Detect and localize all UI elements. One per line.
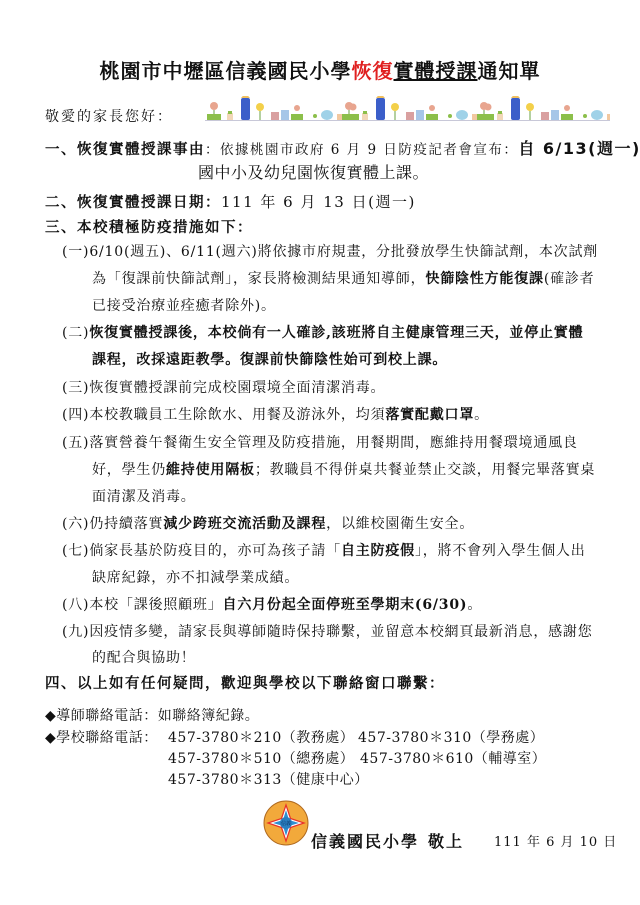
section-1-heading: 一、恢復實體授課事由 (45, 141, 205, 158)
section-1-body: 依據桃園市政府 6 月 9 日防疫記者會宣布： (220, 142, 518, 158)
title-underlined: 實體授課 (394, 59, 478, 83)
phone-academic: 457-3780＊210（教務處） (168, 727, 354, 747)
issue-date: 111 年 6 月 10 日 (494, 831, 617, 850)
measure-1-emph: 快篩陰性方能復課 (425, 271, 543, 287)
title-prefix: 桃園市中壢區信義國民小學 (100, 59, 352, 83)
phone-student-affairs: 457-3780＊310（學務處） (358, 727, 544, 747)
measure-5-line2: 好，學生仍維持使用隔板；教職員不得併桌共餐並禁止交談，用餐完畢落實桌 (92, 459, 595, 479)
school-name: 信義國民小學 (311, 829, 419, 852)
measure-4: (四)本校教職員工生除飲水、用餐及游泳外，均須落實配戴口罩。 (62, 404, 489, 424)
title-suffix: 通知單 (478, 59, 541, 83)
page-title: 桃園市中壢區信義國民小學恢復實體授課通知單 (0, 55, 640, 84)
school-emblem-icon: 信義 (263, 800, 309, 846)
flower-pencil-border-icon (205, 96, 610, 124)
measure-9-line2: 的配合與協助！ (92, 647, 196, 667)
teacher-contact: ◆導師聯絡電話：如聯絡簿紀錄。 (45, 705, 259, 725)
section-3-heading: 三、本校積極防疫措施如下： (45, 216, 253, 237)
diamond-bullet-icon: ◆ (45, 708, 56, 724)
title-highlight: 恢復 (352, 59, 394, 83)
phone-general-affairs: 457-3780＊510（總務處） (168, 748, 354, 768)
measure-1-line1: (一)6/10(週五)、6/11(週六)將依據市府規畫，分批發放學生快篩試劑，本… (62, 241, 598, 261)
section-2-value: 111 年 6 月 13 日(週一) (221, 193, 416, 211)
closing: 敬上 (428, 829, 464, 852)
measure-2-line2: 課程，改採遠距教學。復課前快篩陰性始可到校上課。 (92, 349, 447, 369)
section-1-line2: 國中小及幼兒園恢復實體上課。 (198, 160, 429, 183)
phone-counseling: 457-3780＊610（輔導室） (360, 748, 546, 768)
section-1-emph: 自 6/13(週一)高 (518, 139, 640, 158)
measure-5-line1: (五)落實營養午餐衛生安全管理及防疫措施，用餐期間，應維持用餐環境通風良 (62, 432, 578, 452)
section-1: 一、恢復實體授課事由：依據桃園市政府 6 月 9 日防疫記者會宣布：自 6/13… (45, 136, 640, 159)
section-4-heading: 四、以上如有任何疑問，歡迎與學校以下聯絡窗口聯繫： (45, 672, 445, 693)
measure-7-line2: 缺席紀錄，亦不扣減學業成績。 (92, 567, 299, 587)
measure-2-line1: (二)恢復實體授課後，本校倘有一人確診,該班將自主健康管理三天，並停止實體 (62, 322, 583, 342)
greeting: 敬愛的家長您好： (45, 106, 173, 126)
measure-7-line1: (七)倘家長基於防疫目的，亦可為孩子請「自主防疫假」，將不會列入學生個人出 (62, 540, 586, 560)
svg-text:信義: 信義 (281, 820, 291, 827)
school-contact: ◆學校聯絡電話： (45, 727, 158, 747)
section-2: 二、恢復實體授課日期：111 年 6 月 13 日(週一) (45, 191, 416, 212)
measure-1-line3: 已接受治療並痊癒者除外)。 (92, 295, 276, 315)
phone-health-center: 457-3780＊313（健康中心） (168, 769, 369, 789)
measure-9-line1: (九)因疫情多變，請家長與導師隨時保持聯繫，並留意本校網頁最新消息，感謝您 (62, 621, 593, 641)
measure-1-line2: 為「復課前快篩試劑」，家長將檢測結果通知導師，快篩陰性方能復課(確診者 (92, 268, 594, 288)
measure-3: (三)恢復實體授課前完成校園環境全面清潔消毒。 (62, 377, 385, 397)
measure-6: (六)仍持續落實減少跨班交流活動及課程，以維校園衛生安全。 (62, 513, 474, 533)
measure-5-line3: 面清潔及消毒。 (92, 486, 196, 506)
measure-8: (八)本校「課後照顧班」自六月份起全面停班至學期末(6/30)。 (62, 594, 482, 614)
section-2-heading: 二、恢復實體授課日期： (45, 194, 221, 211)
diamond-bullet-icon: ◆ (45, 730, 56, 746)
